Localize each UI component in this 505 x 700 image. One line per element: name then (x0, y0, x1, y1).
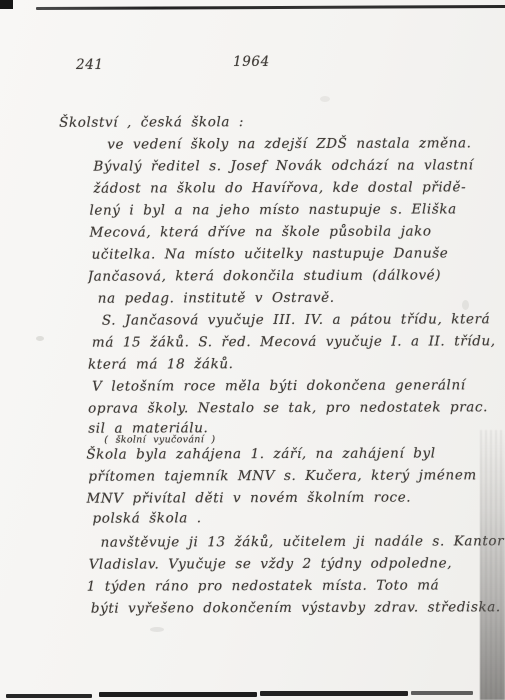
manuscript-line: která má 18 žáků. (88, 353, 505, 376)
manuscript-line: navštěvuje ji 13 žáků, učitelem ji nadál… (101, 531, 505, 554)
paper-smudge (150, 627, 164, 632)
manuscript-line: lený i byl a na jeho místo nastupuje s. … (89, 199, 504, 222)
manuscript-line: žádost na školu do Havířova, kde dostal … (93, 177, 504, 200)
page-number: 241 (76, 57, 104, 73)
scan-bottom-edge-line (99, 692, 257, 697)
manuscript-line: 1 týden ráno pro nedostatek místa. Toto … (87, 575, 505, 598)
manuscript-line: má 15 žáků. S. řed. Mecová vyučuje I. a … (92, 331, 505, 354)
scan-corner-mark (0, 0, 13, 9)
scan-right-shadow (480, 430, 505, 700)
scan-bottom-edge-line (6, 694, 92, 698)
manuscript-line: Mecová, která dříve na škole působila ja… (89, 221, 504, 244)
manuscript-line: Škola byla zahájena 1. září, na zahájení… (86, 443, 505, 466)
manuscript-line: oprava školy. Nestalo se tak, pro nedost… (88, 397, 505, 420)
manuscript-line: učitelka. Na místo učitelky nastupuje Da… (92, 243, 505, 266)
year-label: 1964 (233, 54, 270, 70)
manuscript-text: Školství , česká škola :ve vedení školy … (57, 111, 505, 621)
manuscript-line: S. Jančasová vyučuje III. IV. a pátou tř… (102, 309, 505, 332)
manuscript-line: ve vedení školy na zdejší ZDŠ nastala zm… (107, 133, 504, 156)
manuscript-line: V letošním roce měla býti dokončena gene… (92, 375, 505, 398)
paper-smudge (36, 336, 44, 341)
manuscript-line: Jančasová, která dokončila studium (dálk… (88, 265, 505, 288)
manuscript-line: polská škola . (92, 507, 505, 530)
manuscript-line: Bývalý ředitel s. Josef Novák odchází na… (93, 155, 504, 178)
scanned-page: 241 1964 Školství , česká škola :ve vede… (0, 0, 505, 700)
manuscript-line: Školství , česká škola : (59, 111, 504, 135)
scan-bottom-edge-line (260, 691, 408, 696)
scan-bottom-edge-line (411, 691, 473, 695)
paper-smudge (462, 300, 469, 310)
manuscript-line: na pedag. institutě v Ostravě. (98, 287, 505, 310)
paper-smudge (320, 96, 330, 102)
manuscript-line: Vladislav. Vyučuje se vždy 2 týdny odpol… (89, 553, 505, 576)
scan-top-edge-line (36, 5, 505, 10)
manuscript-line: býti vyřešeno dokončením výstavby zdrav.… (91, 597, 505, 620)
manuscript-line: přítomen tajemník MNV s. Kučera, který j… (88, 465, 505, 488)
